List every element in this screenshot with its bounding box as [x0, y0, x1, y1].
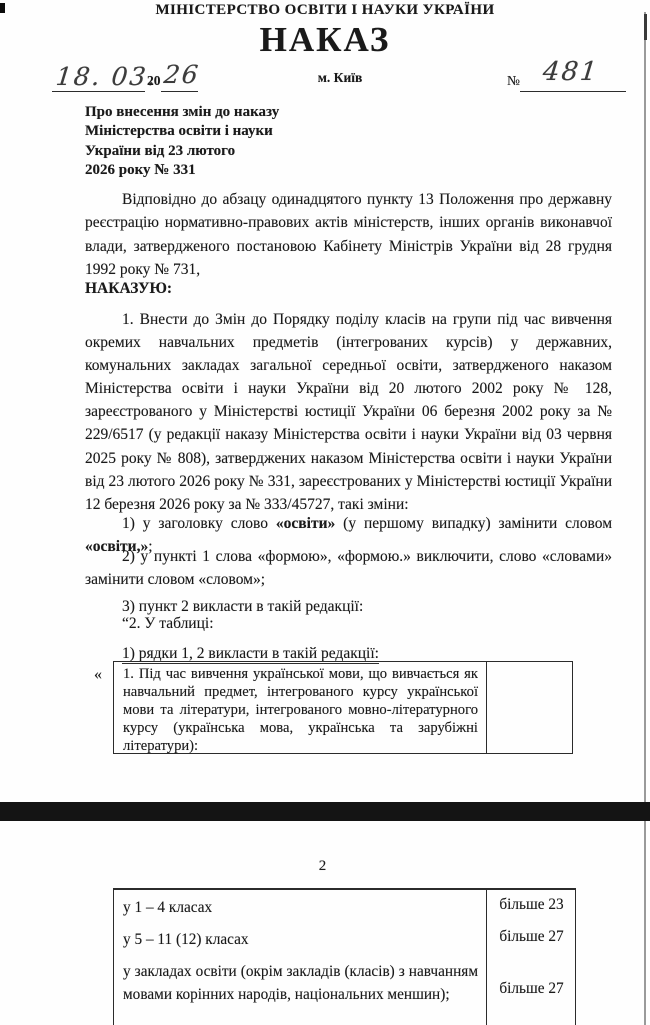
page-number: 2: [0, 858, 645, 875]
handwritten-date: 18. 03.: [54, 62, 159, 91]
table-row-value: більше 23: [488, 896, 575, 914]
amendment-table-page2: у 1 – 4 класах більше 23 у 5 – 11 (12) к…: [113, 888, 576, 1025]
preamble-paragraph: Відповідно до абзацу одинадцятого пункту…: [85, 188, 612, 282]
subpoint-1-text: (у першому випадку) замінити словом: [335, 515, 612, 532]
point-1-paragraph: 1. Внести до Змін до Порядку поділу клас…: [85, 308, 612, 516]
subject-line: Міністерства освіти і науки: [85, 122, 335, 141]
year-prefix: 20: [147, 73, 161, 89]
amendment-table-cell: 1. Під час вивчення української мови, що…: [114, 662, 486, 753]
date-underline: [52, 91, 145, 92]
ministry-title: МІНІСТЕРСТВО ОСВІТИ І НАУКИ УКРАЇНИ: [0, 2, 650, 19]
scanned-order-document: МІНІСТЕРСТВО ОСВІТИ І НАУКИ УКРАЇНИ НАКА…: [0, 0, 650, 1025]
handwritten-year: 26: [162, 60, 201, 89]
subpoint-1-quoted-word: «освіти»: [276, 515, 335, 532]
order-word: НАКАЗУЮ:: [85, 280, 172, 298]
number-label: №: [507, 73, 520, 89]
table-row-label: у закладах освіти (окрім закладів (класі…: [123, 960, 478, 1006]
subject-block: Про внесення змін до наказу Міністерства…: [85, 103, 335, 181]
year-underline: [161, 91, 198, 92]
amendment-table-page1: 1. Під час вивчення української мови, що…: [113, 661, 573, 754]
subject-line: Про внесення змін до наказу: [85, 103, 335, 122]
table-row-value: більше 27: [488, 928, 575, 946]
subpoint-3-quote-start: “2. У таблиці:: [122, 615, 214, 633]
city-label: м. Київ: [295, 70, 385, 86]
subpoint-2: 2) у пункті 1 слова «формою», «формою.» …: [85, 545, 612, 592]
page-separator-bar: [0, 802, 650, 821]
number-underline: [520, 91, 626, 92]
subpoint-1-text: 1) у заголовку слово: [122, 515, 276, 532]
document-type-title: НАКАЗ: [0, 20, 650, 60]
table-column-divider: [486, 662, 487, 753]
table-row-label: у 1 – 4 класах: [123, 896, 478, 919]
subject-line: України від 23 лютого: [85, 142, 335, 161]
table-row-label: у 5 – 11 (12) класах: [123, 928, 478, 951]
table-column-divider: [486, 890, 487, 1025]
subject-line: 2026 року № 331: [85, 161, 335, 180]
handwritten-order-number: 481: [541, 57, 600, 87]
table-row-value: більше 27: [488, 980, 575, 998]
table-open-quote-mark: «: [94, 666, 102, 684]
